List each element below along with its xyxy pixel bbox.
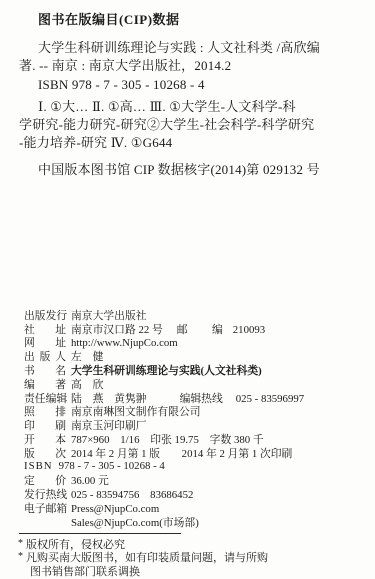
- row-value: 787×960 1/16 印张 19.75 字数 380 千: [71, 432, 264, 447]
- row-label: 编著: [24, 377, 66, 392]
- row-label: ISBN: [24, 460, 53, 472]
- cip-classification-line: -能力培养-研究 Ⅳ. ①G644: [0, 134, 375, 152]
- cip-title-line: 大学生科研训练理论与实践 : 人文社科类 /高欣编: [0, 39, 375, 57]
- row-label: 社址: [24, 322, 66, 337]
- row-label: 版次: [24, 446, 66, 461]
- notices-section: *版权所有，侵权必究 *凡购买南大版图书，如有印装质量问题，请与所购 图书销售部…: [0, 539, 375, 579]
- section-divider: [19, 533, 181, 534]
- row-value: 南京市汉口路 22 号: [71, 322, 163, 337]
- book-title-value: 大学生科研训练理论与实践(人文社科类): [71, 363, 262, 378]
- cip-heading: 图书在版编目(CIP)数据: [0, 9, 375, 28]
- row-label: 书名: [24, 363, 66, 378]
- row-value: 2014 年 2 月第 1 版 2014 年 2 月第 1 次印刷: [71, 446, 292, 461]
- copyright-page: 图书在版编目(CIP)数据 大学生科研训练理论与实践 : 人文社科类 /高欣编 …: [0, 0, 375, 579]
- editor-hotline-label: 编辑热线: [180, 391, 223, 406]
- cip-classification-block: Ⅰ. ①大… Ⅱ. ①高… Ⅲ. ①大学生-人文科学-科 学研究-能力研究-研究…: [0, 98, 375, 153]
- copyright-notice-text: 版权所有，侵权必究: [26, 539, 125, 551]
- email-row: 电子邮箱 Press@NjupCo.com: [0, 501, 375, 515]
- email-row-secondary: Sales@NjupCo.com(市场部): [0, 515, 375, 529]
- quality-notice-continuation: 图书销售部门联系调换: [0, 566, 375, 579]
- row-label: 出版人: [24, 349, 66, 364]
- publisher-person-row: 出版人 左 健: [0, 349, 375, 363]
- row-value: 南京南琳图文制作有限公司: [71, 404, 201, 419]
- row-label: 责任编辑: [24, 391, 66, 406]
- cip-record-block: 大学生科研训练理论与实践 : 人文社科类 /高欣编 著. -- 南京 : 南京大…: [0, 39, 375, 94]
- notice-bullet: *: [18, 550, 23, 564]
- email-press: Press@NjupCo.com: [71, 503, 159, 515]
- row-value: 左 健: [71, 349, 103, 364]
- price-value: 36.00 元: [71, 473, 109, 488]
- cip-classification-line: 学研究-能力研究-研究②大学生-社会科学-科学研究: [0, 116, 375, 134]
- address-row: 社址 南京市汉口路 22 号 邮编 210093: [0, 322, 375, 336]
- website-url: http://www.NjupCo.com: [71, 337, 178, 349]
- row-label: 照排: [24, 404, 66, 419]
- editor-hotline-value: 025 - 83596997: [236, 393, 304, 405]
- book-title-row: 书名 大学生科研训练理论与实践(人文社科类): [0, 363, 375, 377]
- printer-row: 印刷 南京玉河印刷厂: [0, 418, 375, 432]
- row-value: 南京大学出版社: [71, 308, 147, 323]
- cip-classification-line: Ⅰ. ①大… Ⅱ. ①高… Ⅲ. ①大学生-人文科学-科: [0, 98, 375, 116]
- isbn-value: 978 - 7 - 305 - 10268 - 4: [59, 460, 165, 472]
- postal-code-value: 210093: [233, 324, 265, 336]
- row-label: 出版发行: [24, 308, 66, 323]
- row-label: 电子邮箱: [24, 501, 66, 516]
- author-row: 编著 高 欣: [0, 377, 375, 391]
- edition-row: 版次 2014 年 2 月第 1 版 2014 年 2 月第 1 次印刷: [0, 446, 375, 460]
- row-label: 网址: [24, 335, 66, 350]
- quality-notice: *凡购买南大版图书，如有印装质量问题，请与所购: [0, 552, 375, 566]
- isbn-row: ISBN 978 - 7 - 305 - 10268 - 4: [0, 460, 375, 474]
- cip-isbn-line: ISBN 978 - 7 - 305 - 10268 - 4: [0, 76, 375, 94]
- row-value: 陆 燕 黄隽翀: [71, 391, 147, 406]
- sales-hotline-row: 发行热线 025 - 83594756 83686452: [0, 487, 375, 501]
- postal-code-label: 邮编: [177, 322, 223, 337]
- email-sales: Sales@NjupCo.com(市场部): [71, 515, 199, 530]
- colophon-section: 出版发行 南京大学出版社 社址 南京市汉口路 22 号 邮编 210093 网址…: [0, 308, 375, 529]
- row-label: 印刷: [24, 418, 66, 433]
- publisher-row: 出版发行 南京大学出版社: [0, 308, 375, 322]
- cip-registry-number: 中国版本图书馆 CIP 数据核字(2014)第 029132 号: [0, 159, 375, 178]
- editor-row: 责任编辑 陆 燕 黄隽翀 编辑热线 025 - 83596997: [0, 391, 375, 405]
- price-row: 定价 36.00 元: [0, 473, 375, 487]
- row-value: 南京玉河印刷厂: [71, 418, 147, 433]
- hotline-value: 025 - 83594756 83686452: [71, 487, 193, 502]
- format-row: 开本 787×960 1/16 印张 19.75 字数 380 千: [0, 432, 375, 446]
- notice-bullet: *: [18, 537, 23, 551]
- row-label: 定价: [24, 473, 66, 488]
- website-row: 网址 http://www.NjupCo.com: [0, 335, 375, 349]
- cip-section: 图书在版编目(CIP)数据 大学生科研训练理论与实践 : 人文社科类 /高欣编 …: [0, 0, 375, 178]
- copyright-notice: *版权所有，侵权必究: [0, 539, 375, 553]
- cip-publisher-line: 著. -- 南京 : 南京大学出版社，2014.2: [0, 57, 375, 75]
- typesetting-row: 照排 南京南琳图文制作有限公司: [0, 404, 375, 418]
- row-label: 开本: [24, 432, 66, 447]
- row-value: 高 欣: [71, 377, 103, 392]
- row-label: 发行热线: [24, 487, 66, 502]
- quality-notice-text: 凡购买南大版图书，如有印装质量问题，请与所购: [26, 552, 268, 564]
